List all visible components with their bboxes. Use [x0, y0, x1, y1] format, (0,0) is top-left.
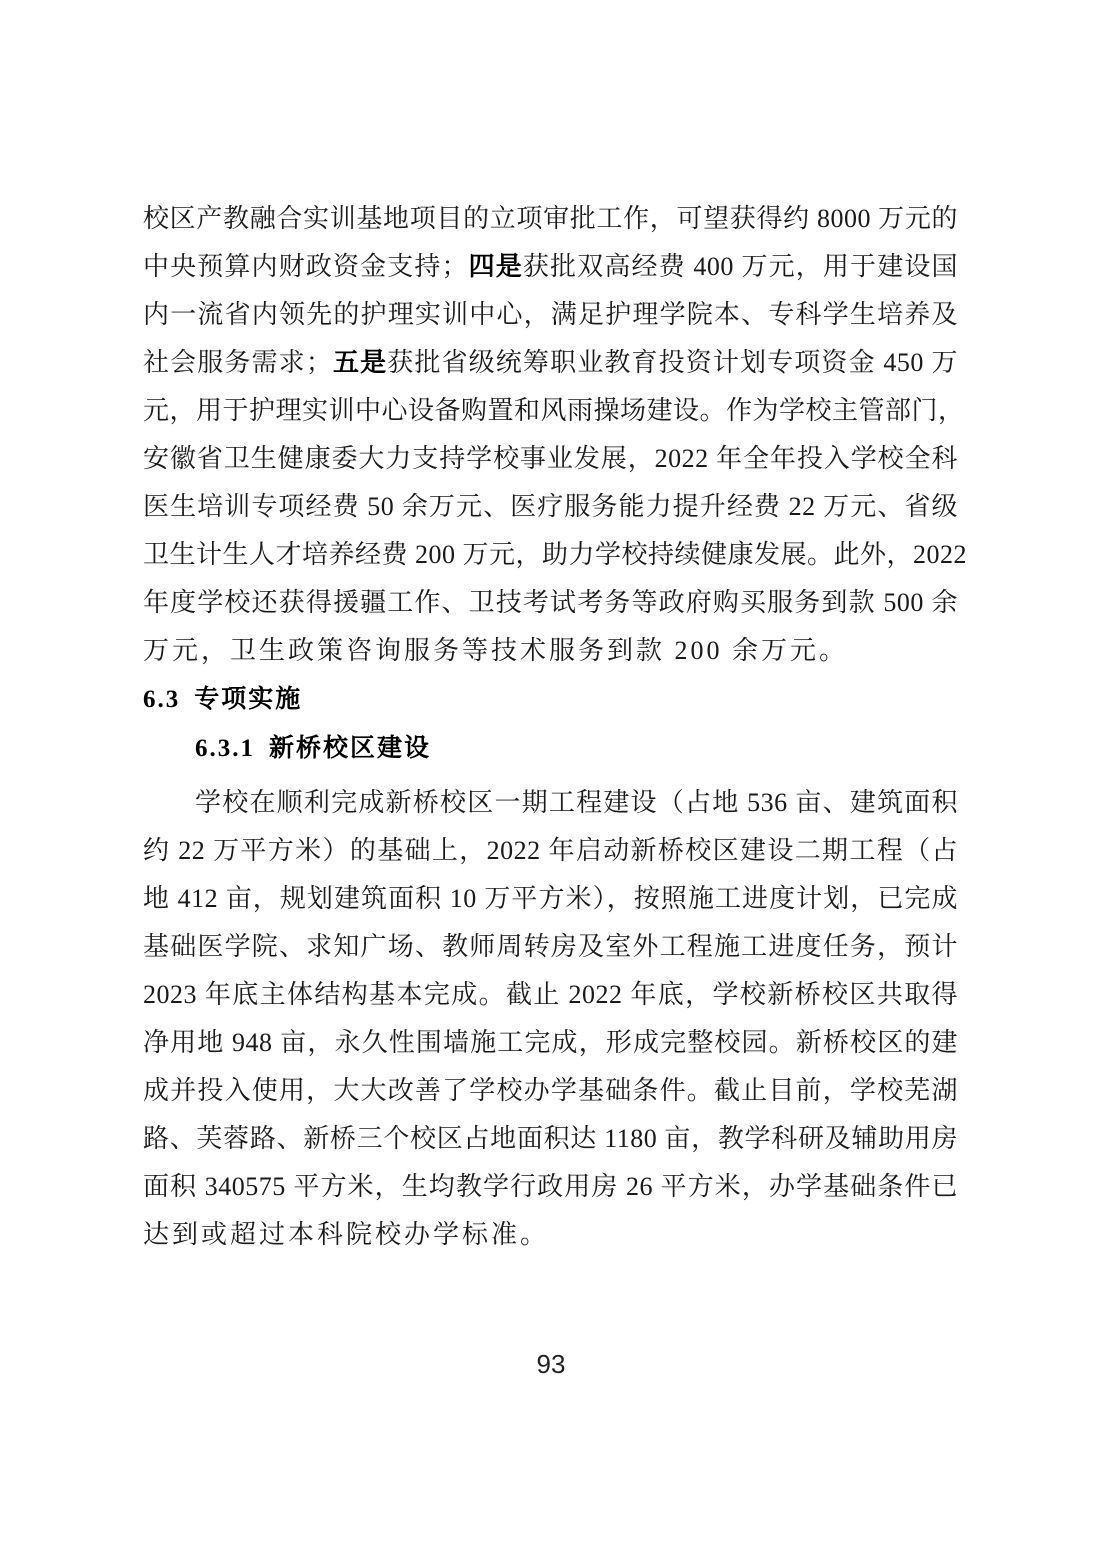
text-line: 基础医学院、求知广场、教师周转房及室外工程施工进度任务，预计 — [143, 927, 958, 967]
emphasis-text: 五是 — [332, 348, 387, 377]
text-segment: 获批双高经费 400 万元，用于建设国 — [523, 252, 958, 281]
emphasis-text: 四是 — [468, 252, 523, 281]
text-line: 路、芙蓉路、新桥三个校区占地面积达 1180 亩，教学科研及辅助用房 — [143, 1119, 958, 1159]
text-line: 净用地 948 亩，永久性围墙施工完成，形成完整校园。新桥校区的建 — [143, 1023, 958, 1063]
text-line: 元，用于护理实训中心设备购置和风雨操场建设。作为学校主管部门， — [143, 391, 958, 431]
text-line: 年度学校还获得援疆工作、卫技考试考务等政府购买服务到款 500 余 — [143, 583, 958, 623]
section-number: 6.3 — [143, 686, 180, 713]
text-line: 卫生计生人才培养经费 200 万元，助力学校持续健康发展。此外，2022 — [143, 535, 958, 575]
text-line: 内一流省内领先的护理实训中心，满足护理学院本、专科学生培养及 — [143, 295, 958, 335]
text-segment: 社会服务需求； — [143, 348, 332, 377]
subsection-number: 6.3.1 — [195, 735, 255, 762]
text-line: 地 412 亩，规划建筑面积 10 万平方米），按照施工进度计划，已完成 — [143, 879, 958, 919]
subsection-heading: 6.3.1新桥校区建设 — [195, 729, 431, 769]
text-line: 约 22 万平方米）的基础上，2022 年启动新桥校区建设二期工程（占 — [143, 831, 958, 871]
page-number: 93 — [0, 1346, 1102, 1382]
text-line: 医生培训专项经费 50 余万元、医疗服务能力提升经费 22 万元、省级 — [143, 487, 958, 527]
section-title: 专项实施 — [194, 686, 302, 713]
text-line: 社会服务需求；五是获批省级统筹职业教育投资计划专项资金 450 万 — [143, 343, 958, 383]
text-line: 学校在顺利完成新桥校区一期工程建设（占地 536 亩、建筑面积 — [195, 783, 958, 823]
text-line: 安徽省卫生健康委大力支持学校事业发展，2022 年全年投入学校全科 — [143, 439, 958, 479]
text-line: 达到或超过本科院校办学标准。 — [143, 1215, 958, 1255]
text-line: 中央预算内财政资金支持；四是获批双高经费 400 万元，用于建设国 — [143, 247, 958, 287]
text-segment: 获批省级统筹职业教育投资计划专项资金 450 万 — [387, 348, 958, 377]
text-line: 面积 340575 平方米，生均教学行政用房 26 平方米，办学基础条件已 — [143, 1167, 958, 1207]
text-line: 万元，卫生政策咨询服务等技术服务到款 200 余万元。 — [143, 631, 958, 671]
text-line: 2023 年底主体结构基本完成。截止 2022 年底，学校新桥校区共取得 — [143, 975, 958, 1015]
section-heading: 6.3专项实施 — [143, 680, 302, 720]
text-line: 校区产教融合实训基地项目的立项审批工作，可望获得约 8000 万元的 — [143, 199, 958, 239]
subsection-title: 新桥校区建设 — [269, 735, 431, 762]
document-page: 校区产教融合实训基地项目的立项审批工作，可望获得约 8000 万元的 中央预算内… — [0, 0, 1102, 1559]
text-line: 成并投入使用，大大改善了学校办学基础条件。截止目前，学校芜湖 — [143, 1071, 958, 1111]
text-segment: 中央预算内财政资金支持； — [143, 252, 468, 281]
